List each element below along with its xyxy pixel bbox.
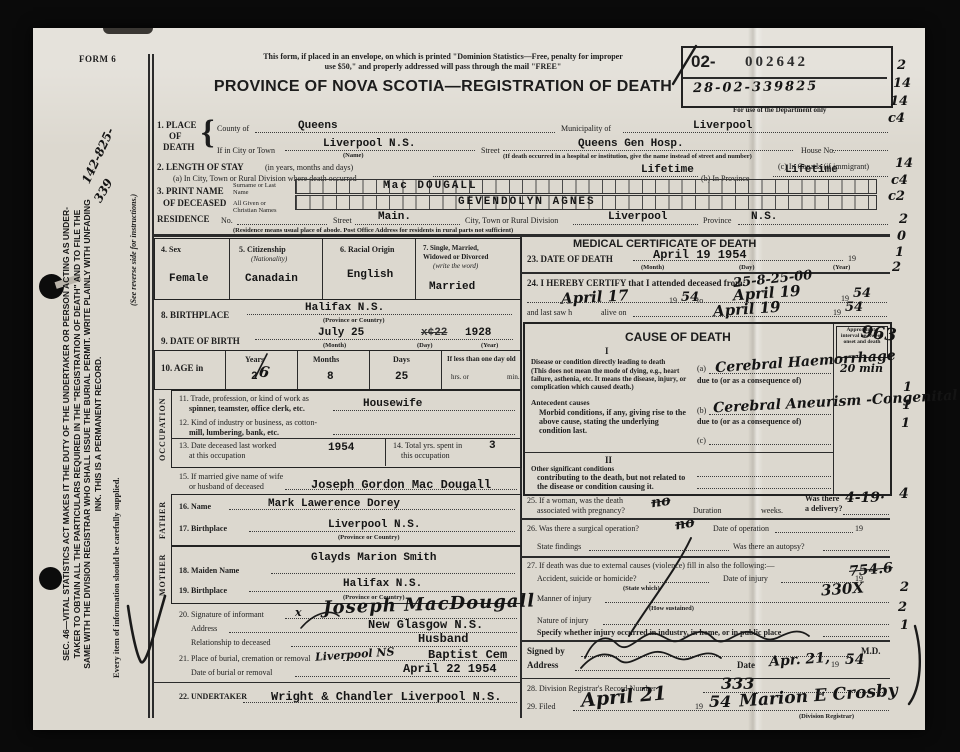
s27-date-injury: Date of injury <box>723 574 768 583</box>
municipality-label: Municipality of <box>561 124 611 133</box>
s18-value: Glayds Marion Smith <box>311 552 436 564</box>
mail-note-line2: use $50," and properly addressed will pa… <box>213 62 673 71</box>
marital-l1: 7. Single, Married, <box>423 244 479 252</box>
s21-date-line <box>295 676 517 677</box>
father-vlabel: FATHER <box>158 498 167 542</box>
s27-nature-line <box>603 624 889 625</box>
s13-14-divider <box>385 438 386 466</box>
s17-cap: (Province or Country) <box>338 534 400 541</box>
s27-label: 27. If death was due to external causes … <box>527 561 774 570</box>
other-line2 <box>697 488 831 489</box>
dob-mcap: (Month) <box>323 342 346 349</box>
dob-year: 1928 <box>465 327 491 339</box>
birthplace-value: Halifax N.S. <box>305 302 384 314</box>
margin-code: c2 <box>888 189 905 204</box>
cause-a-line <box>709 373 831 374</box>
margin-code: c4 <box>888 111 905 126</box>
cause-b: (b) <box>697 406 706 415</box>
margin-code: 2 <box>898 600 907 615</box>
citizenship-sub: (Nationality) <box>251 255 287 263</box>
s26-ans: no <box>674 514 696 533</box>
cause-r1: I <box>605 346 609 356</box>
birthplace-cap: (Province or Country) <box>323 317 385 324</box>
cause-a: (a) <box>697 364 706 373</box>
s2-label: 2. LENGTH OF STAY <box>157 162 244 172</box>
s25-divider <box>520 518 890 520</box>
marital-value: Married <box>429 281 475 293</box>
s23-mcap: (Month) <box>641 264 664 271</box>
mail-note-line1: This form, if placed in an envelope, on … <box>213 52 673 61</box>
s26-findings-line <box>589 550 729 551</box>
surname-value: Mac DOUGALL <box>383 180 478 192</box>
residence-city-label: City, Town or Rural Division <box>465 216 558 225</box>
s14-l2: this occupation <box>401 451 450 460</box>
residence-street-value: Main. <box>378 211 411 223</box>
s11-value: Housewife <box>363 398 422 410</box>
racial-origin-value: English <box>347 269 393 281</box>
form-number: FORM 6 <box>79 54 116 64</box>
s27-nature: Nature of injury <box>537 616 589 625</box>
given-label: All Given or Christian Names <box>233 200 291 214</box>
margin-code: 0 <box>897 229 906 244</box>
s20-rel-value: Husband <box>418 632 468 646</box>
s2-paren: (in years, months and days) <box>265 163 353 172</box>
occupation-vlabel: OCCUPATION <box>158 394 167 464</box>
s1-num: 1. PLACE <box>157 120 197 130</box>
cause-r2: II <box>605 455 612 465</box>
s27-accident-line <box>649 582 709 583</box>
margin-code: 1 <box>903 380 912 395</box>
margin-code-963: 963 <box>860 322 897 346</box>
margin-code: 2 <box>897 58 906 73</box>
residence-prov-label: Province <box>703 216 731 225</box>
age-months-value: 8 <box>327 371 334 383</box>
age-years-hw: 6 <box>258 362 271 381</box>
s25-weeks: weeks. <box>761 506 783 515</box>
signed-date-label: Date <box>737 660 755 670</box>
s26-autopsy-line <box>823 550 889 551</box>
street-label: Street <box>481 146 500 155</box>
age-hrs: hrs. or <box>451 373 469 381</box>
margin-code: 1 <box>901 416 910 431</box>
s2c-line <box>773 176 888 177</box>
s12-l2: mill, lumbering, bank, etc. <box>189 428 279 437</box>
residence-city-line <box>573 224 698 225</box>
disease-label: Disease or condition directly leading to… <box>531 358 665 366</box>
s28-divider <box>520 678 890 679</box>
surname-label: Surname or Last Name <box>233 182 288 196</box>
disease-note: (This does not mean the mode of dying, e… <box>531 367 691 391</box>
punch-hole-bottom <box>39 567 62 590</box>
margin-hw-code-top: 142-825- <box>79 126 117 186</box>
s1-of: OF <box>169 131 182 141</box>
s13-l1: 13. Date deceased last worked <box>179 441 276 450</box>
scan-background: FORM 6 142-825- 339 SEC. 46—VITAL STATIS… <box>0 0 960 752</box>
age-min: min. <box>507 373 520 381</box>
dob-ycap: (Year) <box>481 342 498 349</box>
hw-registration-number: 28-02-339825 <box>693 79 818 96</box>
s15-l2: or husband of deceased <box>189 482 264 491</box>
morbid-note: Morbid conditions, if any, giving rise t… <box>539 408 689 435</box>
s27-accident: Accident, suicide or homicide? <box>537 574 637 583</box>
stamp-number: 002642 <box>745 54 808 71</box>
s21-date-value: April 22 1954 <box>403 662 497 676</box>
s16-line <box>229 509 515 510</box>
dob-day-struck: x¢22 <box>421 327 447 339</box>
s20-rel-label: Relationship to deceased <box>191 638 271 647</box>
house-no-label: House No. <box>801 146 835 155</box>
cause-a-interval: 20 min <box>840 362 883 375</box>
s24-line1 <box>527 302 887 303</box>
s23-dcap: (Day) <box>739 264 755 271</box>
residence-no-line <box>237 224 327 225</box>
s27-specify: Specify whether injury occurred in indus… <box>537 628 781 637</box>
s24-last-label: and last saw h <box>527 308 572 317</box>
s27-how: (How sustained) <box>649 605 694 612</box>
cause-mid-line <box>525 452 833 453</box>
s29-year: 54 <box>709 692 731 711</box>
s15-line <box>285 489 517 490</box>
s25-line <box>843 514 889 515</box>
s24-y3: 54 <box>845 300 863 315</box>
sex-value: Female <box>169 273 209 285</box>
see-reverse-vertical-text: (See reverse side for instructions.) <box>129 161 138 306</box>
city-town-line <box>285 150 475 151</box>
s14-value: 3 <box>489 440 496 452</box>
s3-of: OF DECEASED <box>163 198 226 208</box>
birthplace-line <box>247 314 512 315</box>
margin-code: 14 <box>893 76 911 91</box>
signed-year: 54 <box>845 652 864 668</box>
s16-label: 16. Name <box>179 502 211 511</box>
s26-findings: State findings <box>537 542 581 551</box>
margin-code: 1 <box>900 618 909 633</box>
margin-code: c4 <box>891 173 908 188</box>
s23-19: 19 <box>848 254 856 263</box>
s2a-line <box>433 176 698 177</box>
filed-flourish <box>909 626 920 704</box>
s18-label: 18. Maiden Name <box>179 566 239 575</box>
residence-label: RESIDENCE <box>157 214 210 224</box>
given-value: GEVENDOLYN AGNES <box>458 196 596 208</box>
s26-date-line <box>775 532 853 533</box>
marital-l3: (write the word) <box>433 262 478 270</box>
s22-label: 22. Undertaker <box>179 692 247 701</box>
every-item-vertical-text: Every item of information should be care… <box>111 308 121 678</box>
marital-l2: Widowed or Divorced <box>423 253 488 261</box>
street-value: Queens Gen Hosp. <box>578 138 684 150</box>
s24-alive: alive on <box>601 308 627 317</box>
s24-to-word: to <box>697 296 703 305</box>
county-value: Queens <box>298 120 338 132</box>
form-title: PROVINCE OF NOVA SCOTIA—REGISTRATION OF … <box>173 78 713 96</box>
cause-title: CAUSE OF DEATH <box>625 330 731 344</box>
s29-line <box>573 710 889 711</box>
s3-num: 3. PRINT NAME <box>157 186 224 196</box>
residence-no-label: No. <box>221 216 233 225</box>
s22-line <box>243 702 517 703</box>
s17-line <box>249 531 515 532</box>
column-divider <box>520 234 522 718</box>
s20-addr-value: New Glasgow N.S. <box>368 618 483 632</box>
bottom-left-checkmark <box>128 596 165 662</box>
city-town-value: Liverpool N.S. <box>323 138 415 150</box>
s1-brace: { <box>201 114 214 152</box>
county-label: County of <box>217 124 249 133</box>
s25-ans: no <box>650 493 672 512</box>
margin-code: 14 <box>890 94 908 109</box>
county-line <box>255 132 555 133</box>
age-days-value: 25 <box>395 371 408 383</box>
signed-divider <box>520 640 890 642</box>
residence-street-line <box>355 224 460 225</box>
s23-label: 23. DATE OF DEATH <box>527 254 613 264</box>
cause-c: (c) <box>697 436 706 445</box>
s11-line <box>333 410 515 411</box>
antecedent-label: Antecedent causes <box>531 398 590 407</box>
residence-prov-line <box>738 224 888 225</box>
house-no-line <box>833 150 888 151</box>
address-signature-scribble <box>581 652 721 668</box>
s13-l2: at this occupation <box>189 451 245 460</box>
s24-label: 24. I HEREBY CERTIFY that I attended dec… <box>527 278 746 288</box>
residence-city-value: Liverpool <box>608 211 667 223</box>
statute-vertical-text: SEC. 46—VITAL STATISTICS ACT MAKES IT TH… <box>61 198 103 670</box>
age-months-h: Months <box>313 355 339 364</box>
age-box: 10. AGE in Years Months Days If less tha… <box>154 350 522 390</box>
cause-due2: due to (or as a consequence of) <box>697 417 801 426</box>
s21-label: 21. Place of burial, cremation or remova… <box>179 654 311 663</box>
margin-code: 2 <box>892 260 901 275</box>
s17-label: 17. Birthplace <box>179 524 227 533</box>
birthplace-label: 8. BIRTHPLACE <box>161 310 229 320</box>
cause-of-death-box: CAUSE OF DEATH Approximate interval be- … <box>523 322 892 496</box>
left-rule-outer <box>148 54 150 718</box>
margin-330x: 330X <box>820 579 864 600</box>
age-less-h: If less than one day old <box>447 355 516 363</box>
margin-code: 4 <box>899 486 909 502</box>
registrar-signature: Marion E Crosby <box>738 680 898 711</box>
signed-19: 19 <box>831 660 839 669</box>
s23-divider <box>520 272 890 274</box>
s25-duration: Duration <box>693 506 721 515</box>
dob-line <box>255 339 513 340</box>
age-label: 10. AGE in <box>161 363 203 373</box>
s26-19: 19 <box>855 524 863 533</box>
s14-l1: 14. Total yrs. spent in <box>393 441 462 450</box>
s24-y2: 54 <box>853 286 871 301</box>
margin-code: 2 <box>900 580 909 595</box>
s13-top <box>171 438 520 439</box>
other-line1 <box>697 476 831 477</box>
citizenship-label: 5. Citizenship <box>239 245 286 254</box>
s26-divider <box>520 556 890 558</box>
sex-label: 4. Sex <box>161 245 181 254</box>
municipality-value: Liverpool <box>693 120 752 132</box>
residence-street-label: Street <box>333 216 352 225</box>
s27-specify-line <box>823 636 889 637</box>
s29-label: 29. Filed <box>527 702 555 711</box>
s24-19a: 19 <box>669 296 677 305</box>
s20-addr-line <box>229 632 517 633</box>
top-edge-smudge <box>103 28 153 34</box>
racial-origin-label: 6. Racial Origin <box>340 245 394 254</box>
other-note: contributing to the death, but not relat… <box>537 473 692 491</box>
street-line <box>503 150 793 151</box>
s26-date-label: Date of operation <box>713 524 769 533</box>
signed-date-hw: Apr. 21, <box>769 650 831 670</box>
margin-code: 1 <box>902 398 911 413</box>
cause-due1: due to (or as a consequence of) <box>697 376 801 385</box>
s24-from: April 17 <box>561 286 629 308</box>
margin-code: 2 <box>899 212 908 227</box>
s19-value: Halifax N.S. <box>343 578 422 590</box>
name-caption: (Name) <box>343 152 364 159</box>
age-days-h: Days <box>393 355 410 364</box>
s21-date-label: Date of burial or removal <box>191 668 272 677</box>
s27-manner-line <box>605 602 889 603</box>
s23-line <box>633 260 843 261</box>
dob-label: 9. DATE OF BIRTH <box>161 336 240 346</box>
other-label: Other significant conditions <box>531 465 614 473</box>
hospital-caption: (If death occurred in a hospital or inst… <box>503 153 752 160</box>
s24-line2 <box>633 316 887 317</box>
s25-l1: 25. If a woman, was the death <box>527 496 623 505</box>
s23-ycap: (Year) <box>833 264 850 271</box>
stamp-prefix: 02- <box>691 52 716 72</box>
city-town-label: If in City or Town <box>217 146 275 155</box>
registrar-caption: (Division Registrar) <box>799 713 854 720</box>
residence-caption: (Residence means usual place of abode. P… <box>233 227 513 234</box>
registration-number-box: 02- 002642 28-02-339825 <box>681 46 893 108</box>
stamp-divider <box>683 77 887 79</box>
signed-addr-line <box>575 670 731 671</box>
s25-d1: Was there <box>805 494 839 503</box>
s2a-value: Lifetime <box>641 164 694 176</box>
s18-line <box>271 573 515 574</box>
age-years-value: 2 <box>251 371 258 383</box>
s13-value: 1954 <box>328 442 354 454</box>
s20-rel-line <box>291 646 517 647</box>
signed-addr-label: Address <box>527 660 558 670</box>
s11-l1: 11. Trade, profession, or kind of work a… <box>179 394 309 403</box>
mother-vlabel: MOTHER <box>158 550 167 600</box>
margin-code: 14 <box>895 156 913 171</box>
s15-l1: 15. If married give name of wife <box>179 472 283 481</box>
s26-autopsy: Was there an autopsy? <box>733 542 805 551</box>
s21-bottom-line <box>154 682 520 683</box>
s2c-label2: (c) In Canada (if immigrant) <box>778 162 869 171</box>
margin-754: 754.6 <box>848 560 893 580</box>
s20-addr-label: Address <box>191 624 217 633</box>
death-registration-form: FORM 6 142-825- 339 SEC. 46—VITAL STATIS… <box>33 28 925 730</box>
residence-prov-value: N.S. <box>751 211 777 223</box>
s25-d2: a delivery? <box>805 504 843 513</box>
s21-line <box>343 660 517 661</box>
cause-c-line <box>709 444 831 445</box>
s19-label: 19. Birthplace <box>179 586 227 595</box>
signed-by-label: Signed by <box>527 646 565 656</box>
s26-label: 26. Was there a surgical operation? <box>527 524 639 533</box>
dob-dcap: (Day) <box>417 342 433 349</box>
s27-manner: Manner of injury <box>537 594 592 603</box>
s1-death: DEATH <box>163 142 194 152</box>
cause-b-line <box>709 414 831 415</box>
row-4-7-box: 4. Sex Female 5. Citizenship (Nationalit… <box>154 238 522 300</box>
s27-state-which: (State which) <box>623 585 660 592</box>
s25-l2: associated with pregnancy? <box>537 506 625 515</box>
dob-month: July 25 <box>318 327 364 339</box>
s20-label: 20. Signature of informant <box>179 610 264 619</box>
dept-only-caption: For use of the Department only <box>733 106 826 114</box>
s12-l1: 12. Kind of industry or business, as cot… <box>179 418 317 427</box>
s12-line <box>333 434 515 435</box>
main-divider <box>154 234 890 237</box>
cause-b-value: Cerebral Aneurism -Congenital <box>713 388 958 417</box>
s11-l2: spinner, teamster, office clerk, etc. <box>189 404 305 413</box>
s25-hw: 4-19· <box>845 490 885 506</box>
margin-code: 1 <box>895 245 904 260</box>
citizenship-value: Canadain <box>245 273 298 285</box>
s17-value: Liverpool N.S. <box>328 519 420 531</box>
municipality-line <box>623 132 888 133</box>
